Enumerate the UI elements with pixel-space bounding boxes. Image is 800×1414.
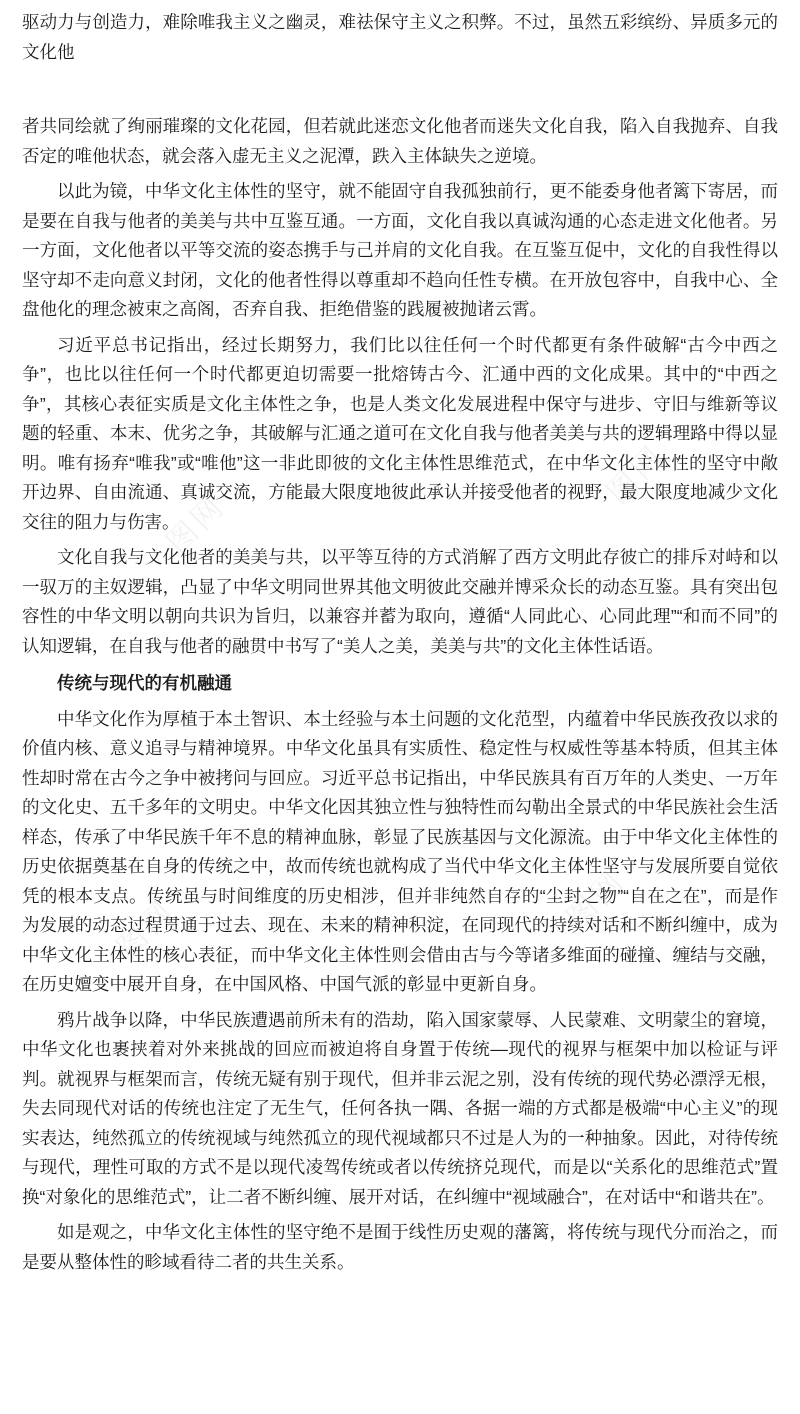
- article-body: 驱动力与创造力，难除唯我主义之幽灵，难祛保守主义之积弊。不过，虽然五彩缤纷、异质…: [0, 0, 800, 1277]
- paragraph: 鸦片战争以降，中华民族遭遇前所未有的浩劫，陷入国家蒙辱、人民蒙难、文明蒙尘的窘境…: [22, 1006, 778, 1213]
- paragraph: 如是观之，中华文化主体性的坚守绝不是囿于线性历史观的藩篱，将传统与现代分而治之，…: [22, 1218, 778, 1277]
- paragraph: 习近平总书记指出，经过长期努力，我们比以往任何一个时代都更有条件破解“古今中西之…: [22, 331, 778, 538]
- paragraph-continuation: 驱动力与创造力，难除唯我主义之幽灵，难祛保守主义之积弊。不过，虽然五彩缤纷、异质…: [22, 8, 778, 67]
- paragraph-continuation: 者共同绘就了绚丽璀璨的文化花园，但若就此迷恋文化他者而迷失文化自我，陷入自我抛弃…: [22, 112, 778, 171]
- paragraph: 中华文化作为厚植于本土智识、本土经验与本土问题的文化范型，内蕴着中华民族孜孜以求…: [22, 705, 778, 1000]
- paragraph: 文化自我与文化他者的美美与共，以平等互待的方式消解了西方文明此存彼亡的排斥对峙和…: [22, 543, 778, 661]
- content-gap: [22, 67, 778, 112]
- paragraph: 以此为镜，中华文化主体性的坚守，就不能固守自我孤独前行，更不能委身他者篱下寄居，…: [22, 177, 778, 325]
- section-heading: 传统与现代的有机融通: [22, 669, 778, 699]
